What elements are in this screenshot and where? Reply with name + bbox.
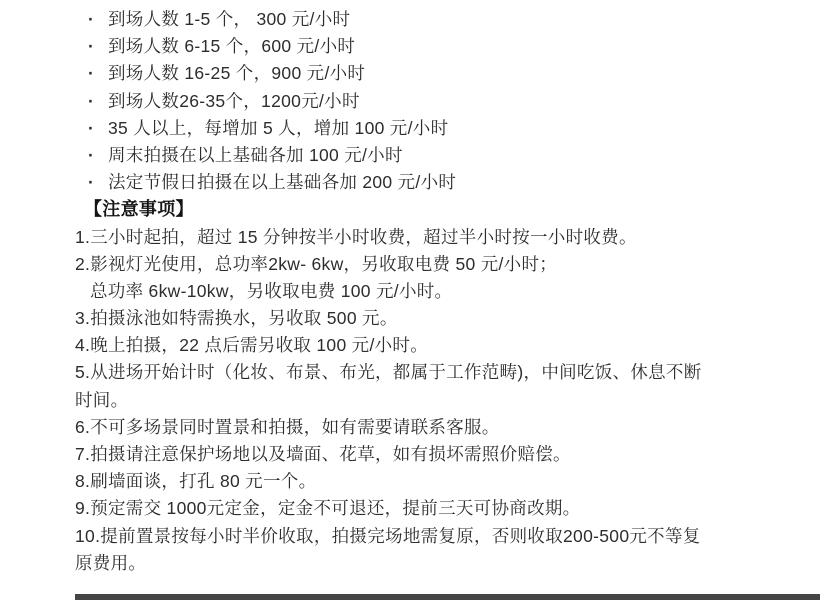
bullet-item: ·周末拍摄在以上基础各加 100 元/小时 [0,142,820,169]
bullet-marker-icon: · [88,33,108,60]
note-continuation-line: 总功率 6kw-10kw，另收取电费 100 元/小时。 [0,278,820,305]
bullet-item: ·法定节假日拍摄在以上基础各加 200 元/小时 [0,169,820,196]
note-continuation-line: 时间。 [0,387,820,414]
pricing-notes-document: ·到场人数 1-5 个， 300 元/小时·到场人数 6-15 个，600 元/… [0,0,820,600]
bullet-item-text: 周末拍摄在以上基础各加 100 元/小时 [108,145,403,165]
bullet-marker-icon: · [88,142,108,169]
bottom-divider-bar [75,594,820,600]
bullet-marker-icon: · [88,6,108,33]
bullet-item: ·到场人数 6-15 个，600 元/小时 [0,33,820,60]
note-line: 9.预定需交 1000元定金，定金不可退还，提前三天可协商改期。 [0,495,820,522]
bullet-marker-icon: · [88,115,108,142]
note-line: 6.不可多场景同时置景和拍摄，如有需要请联系客服。 [0,414,820,441]
bullet-item-text: 到场人数 6-15 个，600 元/小时 [108,36,355,56]
bullet-item-text: 法定节假日拍摄在以上基础各加 200 元/小时 [108,172,456,192]
note-line: 3.拍摄泳池如特需换水，另收取 500 元。 [0,305,820,332]
bullet-item: ·到场人数 16-25 个，900 元/小时 [0,60,820,87]
bullet-item-text: 到场人数 16-25 个，900 元/小时 [108,63,365,83]
note-line: 8.刷墙面谈，打孔 80 元一个。 [0,468,820,495]
bullet-marker-icon: · [88,60,108,87]
note-line: 1.三小时起拍，超过 15 分钟按半小时收费，超过半小时按一小时收费。 [0,224,820,251]
note-line: 7.拍摄请注意保护场地以及墙面、花草，如有损坏需照价赔偿。 [0,441,820,468]
note-line: 4.晚上拍摄，22 点后需另收取 100 元/小时。 [0,332,820,359]
bullet-marker-icon: · [88,169,108,196]
note-line: 5.从进场开始计时（化妆、布景、布光，都属于工作范畴)，中间吃饭、休息不断 [0,359,820,386]
bullet-item-text: 35 人以上，每增加 5 人，增加 100 元/小时 [108,118,448,138]
bullet-item-text: 到场人数26-35个，1200元/小时 [108,91,360,111]
bullet-item: ·到场人数26-35个，1200元/小时 [0,88,820,115]
bullet-item-text: 到场人数 1-5 个， 300 元/小时 [108,9,350,29]
bullet-item: ·35 人以上，每增加 5 人，增加 100 元/小时 [0,115,820,142]
document-body: ·到场人数 1-5 个， 300 元/小时·到场人数 6-15 个，600 元/… [0,6,820,577]
note-continuation-line: 原费用。 [0,550,820,577]
bullet-marker-icon: · [88,88,108,115]
note-line: 2.影视灯光使用，总功率2kw- 6kw，另收取电费 50 元/小时； [0,251,820,278]
note-line: 10.提前置景按每小时半价收取，拍摄完场地需复原，否则收取200-500元不等复 [0,523,820,550]
bullet-item: ·到场人数 1-5 个， 300 元/小时 [0,6,820,33]
section-heading: 【注意事项】 [0,196,820,223]
